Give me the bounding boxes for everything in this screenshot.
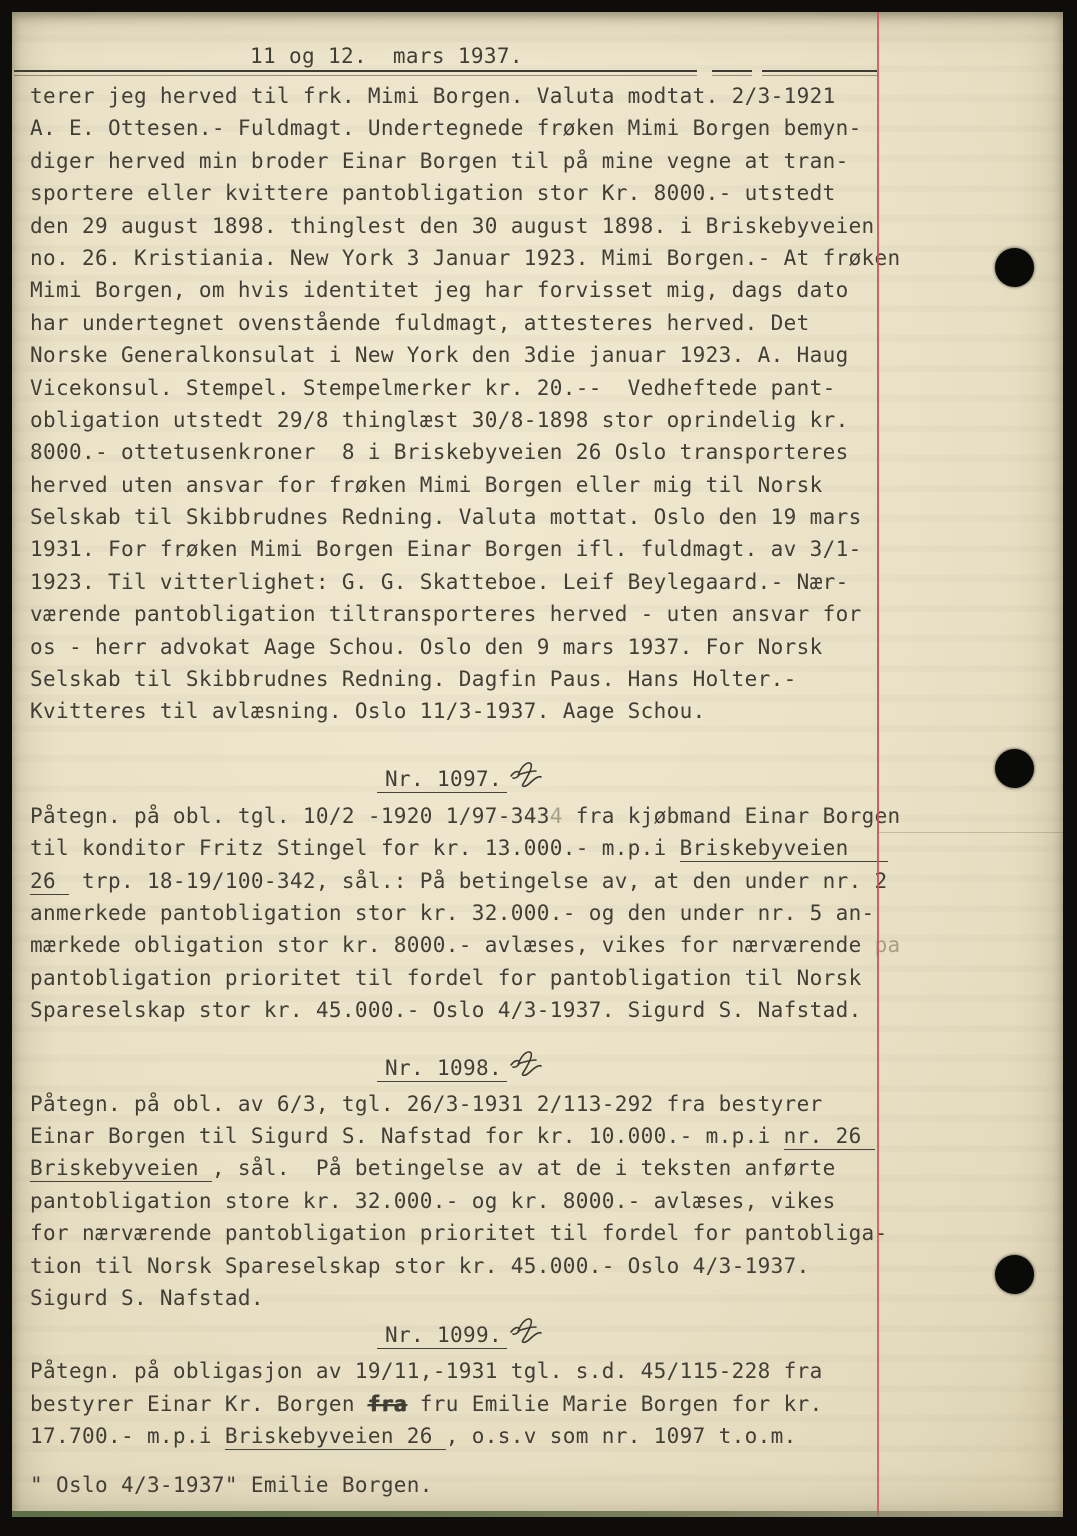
entry-heading-entry-1099: Nr. 1099. (30, 1316, 890, 1349)
entry-body-entry-1098: Påtegn. på obl. av 6/3, tgl. 26/3-1931 2… (30, 1088, 890, 1315)
paraph-flourish-icon (509, 1049, 543, 1079)
text-line: bestyrer Einar Kr. Borgen fra fru Emilie… (30, 1388, 890, 1420)
text-line: os - herr advokat Aage Schou. Oslo den 9… (30, 631, 890, 663)
underlying-page-edge (878, 832, 1063, 833)
text-line: tion til Norsk Spareselskap stor kr. 45.… (30, 1250, 890, 1282)
text-line: har undertegnet ovenstående fuldmagt, at… (30, 307, 890, 339)
text-line: " Oslo 4/3-1937" Emilie Borgen. (30, 1469, 890, 1501)
text-line: 17.700.- m.p.i Briskebyveien 26 , o.s.v … (30, 1420, 890, 1452)
punch-hole-icon (995, 1255, 1034, 1294)
text-line: Briskebyveien , sål. På betingelse av at… (30, 1152, 890, 1184)
entry-body-entry-1097: Påtegn. på obl. tgl. 10/2 -1920 1/97-343… (30, 800, 890, 1027)
text-line: Vicekonsul. Stempel. Stempelmerker kr. 2… (30, 372, 890, 404)
text-line: no. 26. Kristiania. New York 3 Januar 19… (30, 242, 890, 274)
text-line: for nærværende pantobligation prioritet … (30, 1217, 890, 1249)
text-line: til konditor Fritz Stingel for kr. 13.00… (30, 832, 890, 864)
punch-hole-icon (995, 248, 1034, 287)
entry-heading-entry-1097: Nr. 1097. (30, 760, 890, 793)
text-line: sportere eller kvittere pantobligation s… (30, 177, 890, 209)
entry-heading-entry-1098: Nr. 1098. (30, 1049, 890, 1082)
text-line: Mimi Borgen, om hvis identitet jeg har f… (30, 274, 890, 306)
header-rule-segment (712, 70, 752, 76)
handwritten-entries-column: terer jeg herved til frk. Mimi Borgen. V… (30, 80, 890, 1502)
text-line: Spareselskap stor kr. 45.000.- Oslo 4/3-… (30, 994, 890, 1026)
text-line: A. E. Ottesen.- Fuldmagt. Undertegnede f… (30, 112, 890, 144)
paraph-flourish-icon (509, 1316, 543, 1346)
header-rule-segment (762, 70, 877, 76)
text-line: Sigurd S. Nafstad. (30, 1282, 890, 1314)
text-line: 26 trp. 18-19/100-342, sål.: På betingel… (30, 865, 890, 897)
text-line: Påtegn. på obl. tgl. 10/2 -1920 1/97-343… (30, 800, 890, 832)
text-line: pantobligation store kr. 32.000.- og kr.… (30, 1185, 890, 1217)
text-line: mærkede obligation stor kr. 8000.- avlæs… (30, 929, 890, 961)
text-line: herved uten ansvar for frøken Mimi Borge… (30, 469, 890, 501)
entry-body-continuation: terer jeg herved til frk. Mimi Borgen. V… (30, 80, 890, 728)
text-line: terer jeg herved til frk. Mimi Borgen. V… (30, 80, 890, 112)
text-line: den 29 august 1898. thinglest den 30 aug… (30, 210, 890, 242)
text-line: Påtegn. på obligasjon av 19/11,-1931 tgl… (30, 1355, 890, 1387)
entry-body-entry-1099: Påtegn. på obligasjon av 19/11,-1931 tgl… (30, 1355, 890, 1502)
text-line: 1923. Til vitterlighet: G. G. Skatteboe.… (30, 566, 890, 598)
page-date-heading: 11 og 12. mars 1937. (250, 40, 523, 73)
text-line: Einar Borgen til Sigurd S. Nafstad for k… (30, 1120, 890, 1152)
header-rule-segment (14, 70, 697, 76)
text-line: 8000.- ottetusenkroner 8 i Briskebyveien… (30, 436, 890, 468)
text-line: 1931. For frøken Mimi Borgen Einar Borge… (30, 533, 890, 565)
punch-hole-icon (995, 749, 1034, 788)
text-line: Påtegn. på obl. av 6/3, tgl. 26/3-1931 2… (30, 1088, 890, 1120)
text-line: Kvitteres til avlæsning. Oslo 11/3-1937.… (30, 695, 890, 727)
line-gap (30, 1452, 890, 1469)
text-line: Selskab til Skibbrudnes Redning. Valuta … (30, 501, 890, 533)
text-line: diger herved min broder Einar Borgen til… (30, 145, 890, 177)
text-line: Selskab til Skibbrudnes Redning. Dagfin … (30, 663, 890, 695)
paraph-flourish-icon (509, 760, 543, 790)
ledger-page: 11 og 12. mars 1937. terer jeg herved ti… (12, 12, 1063, 1517)
text-line: pantobligation prioritet til fordel for … (30, 962, 890, 994)
text-line: anmerkede pantobligation stor kr. 32.000… (30, 897, 890, 929)
text-line: obligation utstedt 29/8 thinglæst 30/8-1… (30, 404, 890, 436)
text-line: Norske Generalkonsulat i New York den 3d… (30, 339, 890, 371)
text-line: værende pantobligation tiltransporteres … (30, 598, 890, 630)
page-bottom-edge (12, 1511, 1063, 1517)
right-margin-rule (877, 12, 879, 1517)
